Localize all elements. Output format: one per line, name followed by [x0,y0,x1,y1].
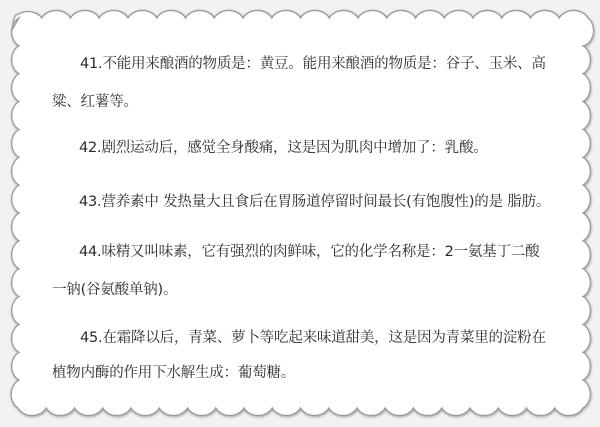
item-41-line-1: 41.不能用来酿酒的物质是：黄豆。能用来酿酒的物质是：谷子、玉米、高 [80,55,546,73]
item-42-line-1: 42.剧烈运动后，感觉全身酸痛，这是因为肌肉中增加了：乳酸。 [79,139,488,157]
item-44-line-2: 一钠(谷氨酸单钠)。 [52,281,177,299]
item-41-line-2: 粱、红薯等。 [52,93,138,111]
item-45-line-1: 45.在霜降以后，青菜、萝卜等吃起来味道甜美，这是因为青菜里的淀粉在 [80,329,546,347]
document-page: 41.不能用来酿酒的物质是：黄豆。能用来酿酒的物质是：谷子、玉米、高 粱、红薯等… [0,0,600,427]
item-43-line-1: 43.营养素中 发热量大且食后在胃肠道停留时间最长(有饱腹性)的是 脂肪。 [79,193,550,211]
item-44-line-1: 44.味精又叫味素，它有强烈的肉鲜味，它的化学名称是：2一氨基丁二酸 [79,243,539,261]
item-45-line-2: 植物内酶的作用下水解生成：葡萄糖。 [52,364,295,382]
